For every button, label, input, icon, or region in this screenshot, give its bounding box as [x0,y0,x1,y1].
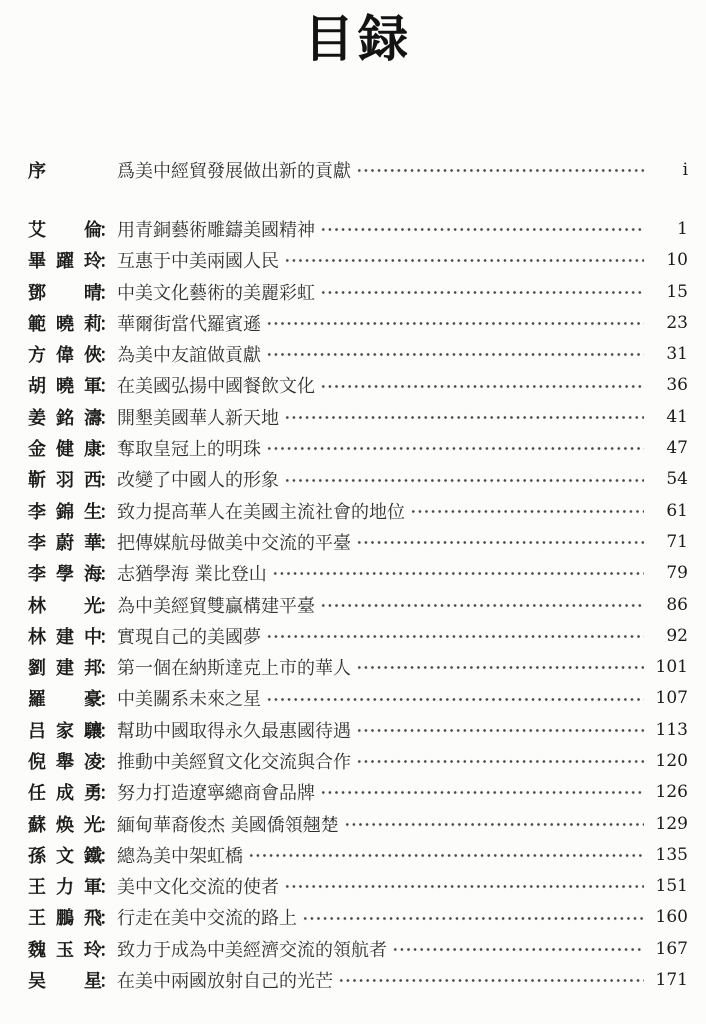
toc-entry-name: 畢躍玲 [28,247,102,273]
dot-leader [284,401,644,432]
toc-entry-colon: ： [102,748,117,774]
name-char: 蘇 [28,811,46,837]
name-char: 曉 [56,310,74,336]
toc-entry: 金健康 ： 奪取皇冠上的明珠 47 [28,432,688,463]
toc-entry-colon: ： [102,341,117,367]
page-number: 129 [650,814,688,834]
name-char: 軍 [84,372,102,398]
dot-leader [356,526,644,557]
toc-entry-name: 範曉莉 [28,310,102,336]
name-char: 艾 [28,216,46,242]
dot-leader [392,933,644,964]
toc-entry-name: 王鵬飛 [28,904,102,930]
name-char: 玉 [56,936,74,962]
page-number: 10 [650,250,688,270]
toc-entry-colon: ： [102,404,117,430]
toc-entry-title: 志猶學海 業比登山 [117,560,267,586]
name-char: 學 [56,560,74,586]
toc-entry-colon: ： [102,842,117,868]
page-number: 107 [650,688,688,708]
toc-entry: 吕家驤 ： 幫助中國取得永久最惠國待遇 113 [28,714,688,745]
page-number: 71 [650,532,688,552]
page-number: 54 [650,469,688,489]
toc-entry-title: 爲美中經貿發展做出新的貢獻 [117,157,351,183]
page-number: 47 [650,438,688,458]
toc-entry-title: 在美中兩國放射自己的光芒 [117,967,333,993]
toc-entry-name: 胡曉軍 [28,372,102,398]
toc-entry-name: 李錦生 [28,498,102,524]
toc-entry: 姜銘濤 ： 開墾美國華人新天地 41 [28,401,688,432]
dot-leader [320,213,644,244]
toc-entry-name: 靳羽西 [28,466,102,492]
toc-entry-title: 互惠于中美兩國人民 [117,247,279,273]
name-char: 序 [28,157,46,183]
toc-entry-name: 孫文鐵 [28,842,102,868]
toc-entry: 林光 ： 為中美經貿雙贏構建平臺 86 [28,589,688,620]
toc-entry: 吴星 ： 在美中兩國放射自己的光芒 171 [28,964,688,995]
page-number: 113 [650,720,688,740]
name-char: 林 [28,623,46,649]
page-number: 31 [650,344,688,364]
toc-entry-colon: ： [102,967,117,993]
name-char: 李 [28,529,46,555]
toc-entry-name: 魏玉玲 [28,936,102,962]
name-char: 躍 [56,247,74,273]
name-char: 勇 [84,779,102,805]
name-char: 李 [28,498,46,524]
name-char: 中 [84,623,102,649]
dot-leader [266,620,644,651]
page-number: 101 [650,657,688,677]
page-number: 41 [650,407,688,427]
name-char: 羅 [28,685,46,711]
name-char: 凌 [84,748,102,774]
toc-entry-title: 在美國弘揚中國餐飲文化 [117,372,315,398]
toc-entry: 林建中 ： 實現自己的美國夢 92 [28,620,688,651]
page-number: 86 [650,595,688,615]
name-char: 範 [28,310,46,336]
toc-entry: 序 爲美中經貿發展做出新的貢獻 i [28,154,688,185]
toc-entry: 劉建邦 ： 第一個在納斯達克上市的華人 101 [28,651,688,682]
toc-entry-colon: ： [102,279,117,305]
toc-entry-colon: ： [102,873,117,899]
name-char: 鐵 [84,842,102,868]
toc-entry-colon: ： [102,936,117,962]
toc-entry-colon: ： [102,216,117,242]
toc-entry-title: 努力打造遼寧總商會品牌 [117,779,315,805]
name-char: 光 [84,592,102,618]
name-char: 建 [56,623,74,649]
page-number: 61 [650,501,688,521]
name-char: 鵬 [56,904,74,930]
dot-leader [284,464,644,495]
toc-entry-name: 鄧晴 [28,279,102,305]
toc-entry: 方偉俠 ： 為美中友誼做貢獻 31 [28,338,688,369]
toc-entry-colon: ： [102,435,117,461]
dot-leader [266,683,644,714]
name-char: 力 [56,873,74,899]
dot-leader [320,276,644,307]
toc-entry-colon: ： [102,529,117,555]
toc-entry-title: 開墾美國華人新天地 [117,404,279,430]
page-number: 79 [650,563,688,583]
toc-entry-title: 為中美經貿雙贏構建平臺 [117,592,315,618]
name-char: 胡 [28,372,46,398]
toc-entry-colon: ： [102,560,117,586]
name-char: 海 [84,560,102,586]
dot-leader [356,154,644,185]
name-char: 畢 [28,247,46,273]
name-char: 鄧 [28,279,46,305]
toc-entry: 魏玉玲 ： 致力于成為中美經濟交流的領航者 167 [28,933,688,964]
toc-entry: 孫文鐵 ： 總為美中架虹橋 135 [28,839,688,870]
toc-entry-name: 劉建邦 [28,654,102,680]
name-char: 舉 [56,748,74,774]
toc-entry-name: 吕家驤 [28,717,102,743]
name-char: 華 [84,529,102,555]
name-char: 驤 [84,717,102,743]
name-char: 靳 [28,466,46,492]
toc-entry-title: 第一個在納斯達克上市的華人 [117,654,351,680]
name-char: 西 [84,466,102,492]
name-char: 王 [28,904,46,930]
name-char: 豪 [84,685,102,711]
toc-entry: 倪舉凌 ： 推動中美經貿文化交流與合作 120 [28,745,688,776]
name-char: 濤 [84,404,102,430]
toc-entry: 畢躍玲 ： 互惠于中美兩國人民 10 [28,245,688,276]
name-char: 晴 [84,279,102,305]
toc-entry-name: 金健康 [28,435,102,461]
name-char: 羽 [56,466,74,492]
toc-entry-title: 華爾街當代羅賓遜 [117,310,261,336]
toc-entry-colon: ： [102,247,117,273]
toc-entry: 王力軍 ： 美中文化交流的使者 151 [28,871,688,902]
page-number: 1 [650,219,688,239]
toc-entry-name: 方偉俠 [28,341,102,367]
toc-entry: 李錦生 ： 致力提高華人在美國主流社會的地位 61 [28,495,688,526]
dot-leader [320,370,644,401]
toc-entry-colon: ： [102,779,117,805]
name-char: 魏 [28,936,46,962]
name-char: 偉 [56,341,74,367]
toc-entry-title: 緬甸華裔俊杰 美國僑領翹楚 [117,811,339,837]
toc-entry-name: 蘇焕光 [28,811,102,837]
toc-entry: 範曉莉 ： 華爾街當代羅賓遜 23 [28,307,688,338]
toc-entry-title: 總為美中架虹橋 [117,842,243,868]
toc-entry-colon: ： [102,685,117,711]
name-char: 倪 [28,748,46,774]
toc-entry-colon: ： [102,717,117,743]
name-char: 吕 [28,717,46,743]
dot-leader [344,808,644,839]
toc-entry-name: 林建中 [28,623,102,649]
name-char: 玲 [84,247,102,273]
toc-entry-name: 艾倫 [28,216,102,242]
name-char: 飛 [84,904,102,930]
dot-leader [266,338,644,369]
toc-entry-name: 王力軍 [28,873,102,899]
toc-entry-title: 美中文化交流的使者 [117,873,279,899]
dot-leader [338,964,644,995]
dot-leader [356,745,644,776]
toc-entry-title: 幫助中國取得永久最惠國待遇 [117,717,351,743]
toc-entry-colon: ： [102,466,117,492]
dot-leader [356,714,644,745]
dot-leader [248,839,644,870]
dot-leader [356,651,644,682]
name-char: 曉 [56,372,74,398]
name-char: 文 [56,842,74,868]
toc-entry-colon: ： [102,498,117,524]
toc-entry-title: 推動中美經貿文化交流與合作 [117,748,351,774]
page-number: 171 [650,970,688,990]
toc-entry-colon: ： [102,310,117,336]
name-char: 星 [84,967,102,993]
name-char: 孫 [28,842,46,868]
name-char: 建 [56,654,74,680]
toc-entry-name: 任成勇 [28,779,102,805]
toc-entry-title: 為美中友誼做貢獻 [117,341,261,367]
name-char: 焕 [56,811,74,837]
name-char: 成 [56,779,74,805]
dot-leader [284,245,644,276]
name-char: 邦 [84,654,102,680]
page-number: 151 [650,876,688,896]
page-number: 23 [650,313,688,333]
toc-entry-name: 倪舉凌 [28,748,102,774]
toc-entry-name: 序 [28,157,102,183]
toc-entry-title: 中美關系未來之星 [117,685,261,711]
page-number: 15 [650,282,688,302]
toc-entry: 鄧晴 ： 中美文化藝術的美麗彩虹 15 [28,276,688,307]
dot-leader [284,871,644,902]
name-char: 劉 [28,654,46,680]
dot-leader [320,777,644,808]
page-title: 目録 [28,10,688,68]
toc-entry-title: 中美文化藝術的美麗彩虹 [117,279,315,305]
page-number: i [650,160,688,180]
page-number: 120 [650,751,688,771]
toc-entry-colon: ： [102,811,117,837]
toc-entry-name: 李蔚華 [28,529,102,555]
name-char: 倫 [84,216,102,242]
toc-entry-name: 李學海 [28,560,102,586]
page-number: 126 [650,782,688,802]
toc-entry-name: 林光 [28,592,102,618]
toc-entry-name: 吴星 [28,967,102,993]
toc-entry: 李學海 ： 志猶學海 業比登山 79 [28,558,688,589]
toc-entry-title: 用青銅藝術雕鑄美國精神 [117,216,315,242]
page-number: 92 [650,626,688,646]
dot-leader [302,902,644,933]
toc-entry-colon: ： [102,623,117,649]
name-char: 玲 [84,936,102,962]
toc-entry-title: 行走在美中交流的路上 [117,904,297,930]
name-char: 生 [84,498,102,524]
toc-entry: 任成勇 ： 努力打造遼寧總商會品牌 126 [28,777,688,808]
name-char: 吴 [28,967,46,993]
toc-entry-colon: ： [102,904,117,930]
name-char: 銘 [56,404,74,430]
name-char: 莉 [84,310,102,336]
name-char: 王 [28,873,46,899]
name-char: 任 [28,779,46,805]
dot-leader [266,432,644,463]
toc-entry-title: 奪取皇冠上的明珠 [117,435,261,461]
name-char: 家 [56,717,74,743]
toc-entry-title: 致力提高華人在美國主流社會的地位 [117,498,405,524]
toc-entry: 李蔚華 ： 把傳媒航母做美中交流的平臺 71 [28,526,688,557]
toc-entry-name: 姜銘濤 [28,404,102,430]
dot-leader [266,307,644,338]
name-char: 俠 [84,341,102,367]
name-char: 蔚 [56,529,74,555]
dot-leader [320,589,644,620]
name-char: 金 [28,435,46,461]
name-char: 軍 [84,873,102,899]
name-char: 李 [28,560,46,586]
name-char: 錦 [56,498,74,524]
dot-leader [272,558,644,589]
toc-entry-title: 致力于成為中美經濟交流的領航者 [117,936,387,962]
name-char: 方 [28,341,46,367]
toc-entry-title: 把傳媒航母做美中交流的平臺 [117,529,351,555]
toc-entry-name: 羅豪 [28,685,102,711]
dot-leader [410,495,644,526]
page-number: 36 [650,375,688,395]
toc-entry: 艾倫 ： 用青銅藝術雕鑄美國精神 1 [28,213,688,244]
toc-entry-title: 改變了中國人的形象 [117,466,279,492]
toc-list: 序 爲美中經貿發展做出新的貢獻 i 艾倫 ： 用青銅藝術雕鑄美國精神 1 畢躍玲… [28,154,688,996]
toc-entry-title: 實現自己的美國夢 [117,623,261,649]
toc-entry: 羅豪 ： 中美關系未來之星 107 [28,683,688,714]
name-char: 姜 [28,404,46,430]
page-number: 160 [650,907,688,927]
toc-entry: 蘇焕光 ： 緬甸華裔俊杰 美國僑領翹楚 129 [28,808,688,839]
toc-entry-colon: ： [102,372,117,398]
name-char: 林 [28,592,46,618]
page-number: 135 [650,845,688,865]
toc-page: 目録 序 爲美中經貿發展做出新的貢獻 i 艾倫 ： 用青銅藝術雕鑄美國精神 1 … [0,0,706,1024]
name-char: 健 [56,435,74,461]
toc-entry: 胡曉軍 ： 在美國弘揚中國餐飲文化 36 [28,370,688,401]
toc-entry-colon: ： [102,592,117,618]
toc-entry: 王鵬飛 ： 行走在美中交流的路上 160 [28,902,688,933]
page-number: 167 [650,939,688,959]
toc-entry: 靳羽西 ： 改變了中國人的形象 54 [28,464,688,495]
name-char: 光 [84,811,102,837]
name-char: 康 [84,435,102,461]
toc-entry-colon: ： [102,654,117,680]
